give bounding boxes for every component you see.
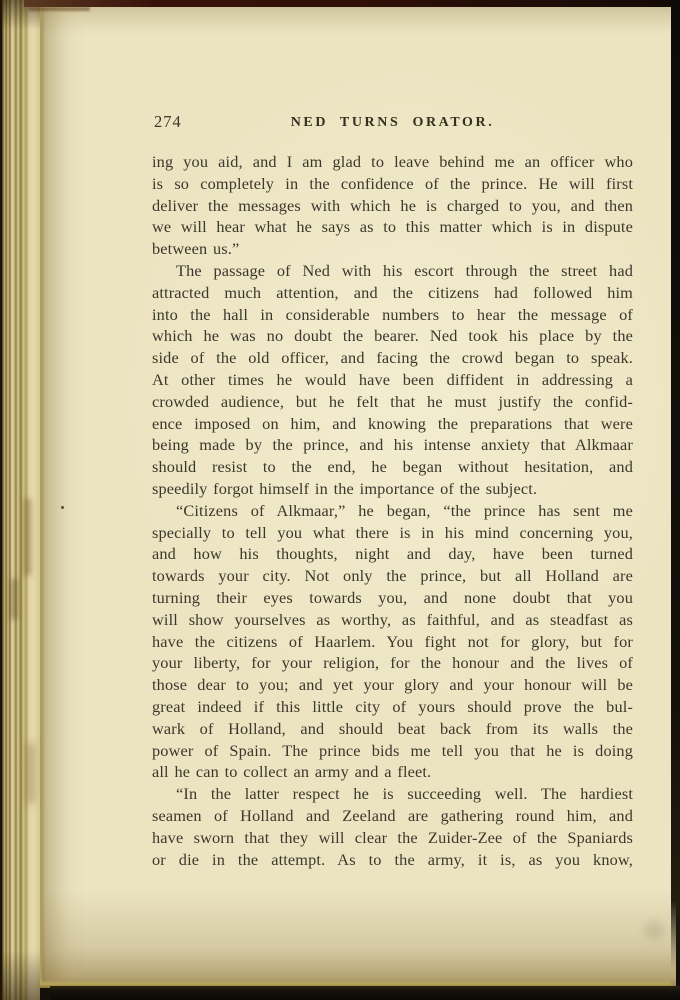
text-line: all he can to collect an army and a flee…	[152, 761, 633, 783]
text-line: and how his thoughts, night and day, hav…	[152, 543, 633, 565]
scan-border-right	[671, 0, 680, 1000]
text-line: great indeed if this little city of your…	[152, 696, 633, 718]
text-line: between us.”	[152, 238, 633, 260]
text-line: ing you aid, and I am glad to leave behi…	[152, 151, 633, 173]
text-line: power of Spain. The prince bids me tell …	[152, 740, 633, 762]
text-line: towards your city. Not only the prince, …	[152, 565, 633, 587]
scan-border-bottom	[50, 986, 680, 1000]
text-line: should resist to the end, he began witho…	[152, 456, 633, 478]
book-page-scan: 274 NED TURNS ORATOR. ing you aid, and I…	[0, 0, 680, 1000]
text-line: being made by the prince, and his intens…	[152, 434, 633, 456]
text-line: attracted much attention, and the citize…	[152, 282, 633, 304]
text-line: turning their eyes towards you, and none…	[152, 587, 633, 609]
gutter-shadow	[0, 0, 40, 1000]
text-line: seamen of Holland and Zeeland are gather…	[152, 805, 633, 827]
text-line: have sworn that they will clear the Zuid…	[152, 827, 633, 849]
text-line: have the citizens of Haarlem. You fight …	[152, 631, 633, 653]
text-line: which he was no doubt the bearer. Ned to…	[152, 325, 633, 347]
text-line: will show yourselves as worthy, as faith…	[152, 609, 633, 631]
text-line: those dear to you; and yet your glory an…	[152, 674, 633, 696]
text-line: we will hear what he says as to this mat…	[152, 216, 633, 238]
page-text: ing you aid, and I am glad to leave behi…	[152, 151, 633, 870]
text-line: “Citizens of Alkmaar,” he began, “the pr…	[152, 500, 633, 522]
page-header: 274 NED TURNS ORATOR.	[152, 112, 633, 134]
text-line: The passage of Ned with his escort throu…	[152, 260, 633, 282]
text-line: is so completely in the confidence of th…	[152, 173, 633, 195]
book-page: 274 NED TURNS ORATOR. ing you aid, and I…	[40, 6, 676, 987]
text-line: crowded audience, but he felt that he mu…	[152, 391, 633, 413]
text-line: “In the latter respect he is succeeding …	[152, 783, 633, 805]
text-line: into the hall in considerable numbers to…	[152, 304, 633, 326]
text-line: speedily forgot himself in the importanc…	[152, 478, 633, 500]
running-head: NED TURNS ORATOR.	[152, 115, 633, 131]
text-line: specially to tell you what there is in h…	[152, 522, 633, 544]
text-line: wark of Holland, and should beat back fr…	[152, 718, 633, 740]
text-line: ence imposed on him, and knowing the pre…	[152, 413, 633, 435]
text-line: side of the old officer, and facing the …	[152, 347, 633, 369]
text-line: or die in the attempt. As to the army, i…	[152, 849, 633, 871]
text-line: deliver the messages with which he is ch…	[152, 195, 633, 217]
text-line: your liberty, for your religion, for the…	[152, 652, 633, 674]
text-line: At other times he would have been diffid…	[152, 369, 633, 391]
scan-border-top	[24, 0, 680, 7]
